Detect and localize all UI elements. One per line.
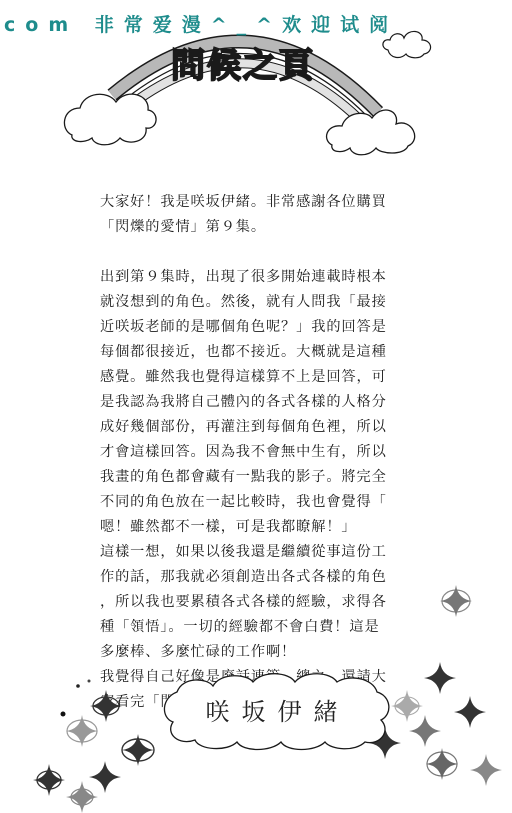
- sparkle-icon: [33, 764, 65, 796]
- watermark-text: com 非常爱漫^_^欢迎试阅: [4, 10, 398, 37]
- sparkle-icon: [424, 662, 456, 694]
- body-line: 我畫的角色都會藏有一點我的影子。將完全: [100, 465, 400, 490]
- sparkle-icon: [122, 734, 154, 766]
- body-line: 就沒想到的角色。然後，就有人問我「最接: [100, 290, 400, 315]
- body-line: 成好幾個部份，再灌注到每個角色裡，所以: [100, 415, 400, 440]
- body-line: 是我認為我將自己體內的各式各樣的人格分: [100, 390, 400, 415]
- sparkle-icon: [66, 781, 98, 813]
- sparkle-icon: [470, 754, 502, 786]
- sparkle-icon: [454, 696, 486, 728]
- dot-icon: [88, 680, 91, 683]
- dot-icon: [76, 684, 80, 688]
- sparkle-icon: [409, 715, 441, 747]
- sparkle-icon: [426, 748, 458, 780]
- cloud-icon: [327, 110, 415, 155]
- sparkle-icon: [89, 761, 121, 793]
- page-title: 問候之頁: [158, 46, 328, 86]
- body-line: 每個都很接近，也都不接近。大概就是這種: [100, 340, 400, 365]
- body-line: 近咲坂老師的是哪個角色呢？」我的回答是: [100, 315, 400, 340]
- body-line: 感覺。雖然我也覺得這樣算不上是回答，可: [100, 365, 400, 390]
- body-line: 「閃爍的愛情」第９集。: [100, 215, 400, 240]
- dot-icon: [61, 712, 66, 717]
- sparkle-icon: [440, 585, 472, 617]
- cloud-icon: [64, 94, 156, 145]
- author-signature: 咲坂伊緒: [155, 692, 400, 727]
- body-line: 嗯！雖然都不一樣，可是我都瞭解！」: [100, 515, 400, 540]
- body-line: 不同的角色放在一起比較時，我也會覺得「: [100, 490, 400, 515]
- sparkle-icon: [66, 715, 98, 747]
- sparkle-icon: [90, 690, 122, 722]
- body-line: 出到第９集時，出現了很多開始連載時根本: [100, 265, 400, 290]
- body-line: 才會這樣回答。因為我不會無中生有，所以: [100, 440, 400, 465]
- paragraph-gap: [100, 240, 400, 265]
- body-line: 大家好！我是咲坂伊緒。非常感謝各位購買: [100, 190, 400, 215]
